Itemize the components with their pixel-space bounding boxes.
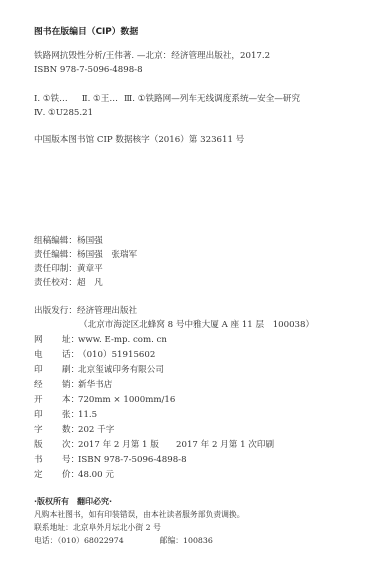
contact-address: 联系地址：北京阜外月坛北小街 2 号 [34,522,161,533]
cip-verification: 中国版本图书馆 CIP 数据核字（2016）第 323611 号 [34,135,244,146]
distributor-value: 新华书店 [78,380,112,390]
staff-row: 责任校对：超 凡 [34,278,103,289]
pub-row-label-1: 书 [34,455,62,466]
pub-row-label-2: 销： [62,380,79,390]
printer-value: 北京玺诚印务有限公司 [78,365,164,375]
pub-row-format: 开本：720mm × 1000mm/16 [34,395,175,406]
pub-row-label-2: 次： [62,440,79,450]
sheets-value: 11.5 [78,410,97,420]
pub-row-label-2: 号： [62,455,79,465]
pub-row-label-2: 本： [62,395,79,405]
staff-label: 责任编辑： [34,250,77,260]
returns-notice: 凡购本社图书，如有印装错误，由本社读者服务部负责调换。 [34,509,245,520]
pub-row-label-1: 开 [34,395,62,406]
cip-subjects-line: Ⅰ. ①铁…Ⅱ. ①王…Ⅲ. ①铁路网—列车无线调度系统—安全—研究 [34,94,300,105]
pub-row-isbn: 书号：ISBN 978-7-5096-4898-8 [34,455,187,466]
pub-row-website: 网址：www. E-mp. com. cn [34,335,167,346]
subject-i: Ⅰ. ①铁… [34,94,68,104]
pub-row-word-count: 字数：202 千字 [34,425,114,436]
pub-row-edition: 版次：2017 年 2 月第 1 版 2017 年 2 月第 1 次印刷 [34,440,274,451]
pub-row-printer: 印刷：北京玺诚印务有限公司 [34,365,164,376]
pub-row-label-1: 定 [34,470,62,481]
pub-row-label-1: 印 [34,410,62,421]
staff-row: 责任编辑：杨国强 张瑞军 [34,250,137,261]
contact-phone: 电话：（010）68022974 [34,536,124,545]
staff-label: 责任校对： [34,278,77,288]
contact-postcode: 邮编：100836 [160,536,213,545]
pub-row-sheets: 印张：11.5 [34,410,97,421]
staff-value: 超 凡 [77,278,103,288]
pub-row-label-1: 印 [34,365,62,376]
word-count-value: 202 千字 [78,425,114,435]
pub-row-price: 定价：48.00 元 [34,470,114,481]
pub-row-label-1: 经 [34,380,62,391]
staff-row: 组稿编辑：杨国强 [34,236,103,247]
isbn-value: ISBN 978-7-5096-4898-8 [78,455,187,465]
pub-row-label-2: 刷： [62,365,79,375]
pub-row-label-1: 字 [34,425,62,436]
staff-label: 组稿编辑： [34,236,77,246]
format-value: 720mm × 1000mm/16 [78,395,175,405]
subject-iii: Ⅲ. ①铁路网—列车无线调度系统—安全—研究 [124,94,300,104]
pub-row-distributor: 经销：新华书店 [34,380,112,391]
website-value: www. E-mp. com. cn [78,335,167,345]
cip-title-line: 铁路网抗毁性分析/王伟著. —北京：经济管理出版社，2017.2 [34,51,270,62]
contact-line: 电话：（010）68022974邮编：100836 [34,535,213,546]
staff-value: 杨国强 [77,236,103,246]
subject-iv: Ⅳ. ①U285.21 [34,108,93,119]
publisher-row: 出版发行：经济管理出版社 [34,306,137,317]
pub-row-label-1: 电 [34,350,62,361]
cip-heading: 图书在版编目（CIP）数据 [34,27,138,38]
price-value: 48.00 元 [78,470,114,480]
cip-isbn-line: ISBN 978-7-5096-4898-8 [34,65,143,76]
staff-row: 责任印制：黄章平 [34,264,103,275]
staff-value: 杨国强 张瑞军 [77,250,137,260]
staff-value: 黄章平 [77,264,103,274]
publisher-name: 经济管理出版社 [77,306,137,316]
copyright-notice: ·版权所有 翻印必究· [34,496,112,507]
pub-row-label-1: 版 [34,440,62,451]
pub-row-label-2: 话： [62,350,79,360]
pub-row-label-2: 张： [62,410,79,420]
staff-label: 责任印制： [34,264,77,274]
phone-value: （010）51915602 [78,350,155,360]
subject-ii: Ⅱ. ①王… [82,94,118,104]
publisher-label: 出版发行： [34,306,77,316]
publisher-address: （北京市海淀区北蜂窝 8 号中雅大厦 A 座 11 层 100038） [34,320,314,331]
edition-value: 2017 年 2 月第 1 版 2017 年 2 月第 1 次印刷 [78,440,274,450]
pub-row-label-2: 数： [62,425,79,435]
pub-row-label-2: 址： [62,335,79,345]
pub-row-label-2: 价： [62,470,79,480]
pub-row-label-1: 网 [34,335,62,346]
pub-row-phone: 电话：（010）51915602 [34,350,155,361]
